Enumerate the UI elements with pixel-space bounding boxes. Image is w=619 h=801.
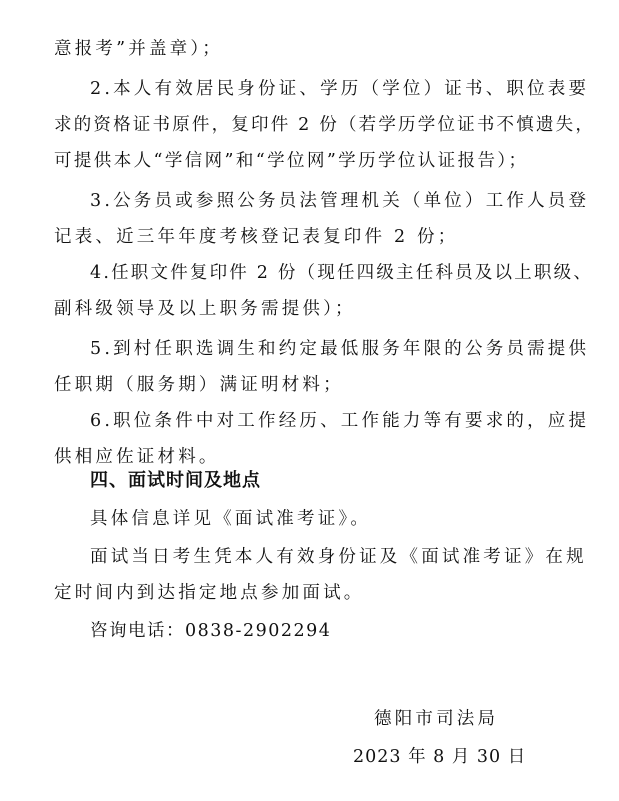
contact-phone: 咨询电话：0838-2902294 <box>90 620 331 642</box>
paragraph-line: 任职期（服务期）满证明材料； <box>54 374 344 396</box>
paragraph-line: 定时间内到达指定地点参加面试。 <box>54 582 365 604</box>
paragraph-line: 求的资格证书原件，复印件 2 份（若学历学位证书不慎遗失， <box>54 114 595 136</box>
signature-date: 2023 年 8 月 30 日 <box>353 746 526 768</box>
signature-org: 德阳市司法局 <box>374 708 498 730</box>
paragraph-line: 5.到村任职选调生和约定最低服务年限的公务员需提供 <box>90 338 589 360</box>
paragraph-line: 记表、近三年年度考核登记表复印件 2 份； <box>54 226 458 248</box>
paragraph-line: 面试当日考生凭本人有效身份证及《面试准考证》在规 <box>90 546 587 568</box>
paragraph-line: 供相应佐证材料。 <box>54 446 220 468</box>
paragraph-line: 意报考”并盖章）； <box>54 38 223 60</box>
paragraph-line: 副科级领导及以上职务需提供）； <box>54 298 356 320</box>
paragraph-line: 6.职位条件中对工作经历、工作能力等有要求的，应提 <box>90 410 589 432</box>
paragraph-line: 4.任职文件复印件 2 份（现任四级主任科员及以上职级、 <box>90 262 593 284</box>
paragraph-line: 可提供本人“学信网”和“学位网”学历学位认证报告）； <box>54 150 528 172</box>
section-heading: 四、面试时间及地点 <box>90 470 261 492</box>
paragraph-line: 3.公务员或参照公务员法管理机关（单位）工作人员登 <box>90 190 589 212</box>
paragraph-line: 2.本人有效居民身份证、学历（学位）证书、职位表要 <box>90 78 589 100</box>
paragraph-line: 具体信息详见《面试准考证》。 <box>90 508 371 530</box>
